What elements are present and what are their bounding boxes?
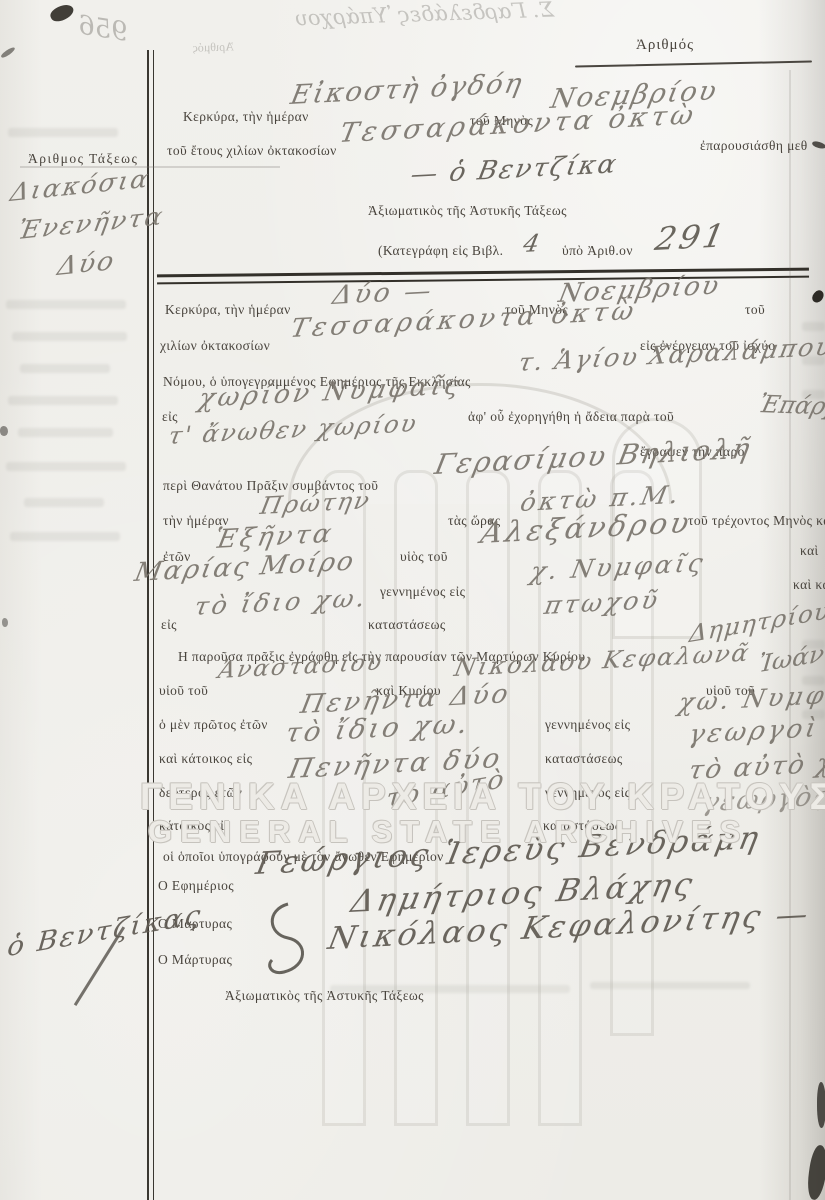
- bleedthrough-stain: [8, 128, 118, 137]
- witness2-signature-label: Ο Μάρτυρας: [158, 952, 232, 968]
- number-label: Ἀριθμός: [636, 37, 694, 54]
- book-edge-shadow: [805, 1144, 825, 1200]
- margin-order-handwritten-2: Ἐνενῆντα: [16, 201, 167, 245]
- death-record-page: Σ. Γαρδελάδες Ὑπάρχου 956 Ἀριθμός Ἀριθμό…: [0, 0, 825, 1200]
- signature-paraph: [258, 900, 314, 978]
- act-first-witness-born-label: γεννημένος εἰς: [545, 717, 630, 733]
- archives-watermark-greek: ΓΕΝΙΚΑ ΑΡΧΕΙΑ ΤΟΥ ΚΡΑΤΟΥΣ: [140, 776, 825, 818]
- act-first-witness-resident-label: καὶ κάτοικος εἰς: [159, 751, 252, 767]
- act-year-label: χιλίων ὀκτακοσίων: [160, 338, 270, 354]
- bleedthrough-stain: [6, 462, 126, 471]
- number-underline: [575, 61, 812, 68]
- bleedthrough-stain: [8, 396, 118, 405]
- act-licence-authority-handwritten: Ἐπάρχου: [756, 390, 825, 422]
- ink-blot: [48, 2, 76, 25]
- margin-order-handwritten-3: Δύο: [55, 246, 118, 282]
- bleedthrough-stain: [10, 532, 120, 541]
- act-witness2-father-handwritten: Ἰωάννη: [758, 634, 825, 678]
- margin-order-label: Ἀριθμος Τάξεως: [28, 151, 138, 167]
- bleedthrough-stain: [802, 322, 825, 331]
- registration-officer-signature: — ὁ Βεντζίκα: [408, 149, 621, 190]
- registration-number-handwritten: 291: [652, 216, 730, 258]
- act-first-witness-age-label: ὁ μὲν πρῶτος ἐτῶν: [159, 717, 268, 733]
- edge-mark: [0, 46, 16, 59]
- act-first-witness-status-label: καταστάσεως: [545, 751, 623, 767]
- edge-mark: [0, 426, 8, 436]
- bleedthrough-stain: [18, 428, 113, 437]
- edge-mark: [810, 288, 825, 304]
- bleedthrough-page-number: 956: [76, 10, 130, 47]
- priest-signature-label: Ο Εφημέριος: [158, 878, 234, 894]
- registration-under-number-label: ὑπὸ Ἀριθ.ον: [562, 243, 633, 259]
- registration-place-day-label: Κερκύρα, τὴν ἡμέραν: [183, 109, 309, 125]
- bleedthrough-top-handwriting: Σ. Γαρδελάδες Ὑπάρχου: [295, 0, 555, 31]
- bleedthrough-stain: [20, 364, 110, 373]
- act-place-day-label: Κερκύρα, τὴν ἡμέραν: [165, 302, 291, 318]
- registration-year-handwritten: Τεσσαράκοντα ὀκτὼ: [337, 100, 700, 149]
- bleedthrough-stain: [24, 498, 104, 507]
- act-son-of-label: υἱὸς τοῦ: [400, 549, 448, 565]
- bleedthrough-stain: [6, 300, 126, 309]
- registration-day-handwritten: Εἰκοστὴ ὀγδόη: [288, 68, 526, 111]
- registration-book-handwritten: 4: [521, 229, 542, 258]
- registration-presented-label: ἐπαρουσιάσθη μεθ: [700, 138, 808, 154]
- act-licence-label: ἀφ' οὗ ἐχορηγήθη ἡ ἄδεια παρὰ τοῦ: [468, 409, 674, 425]
- act-line1-tail: τοῦ: [745, 302, 765, 318]
- act-current-month-label: τοῦ τρέχοντος Μηνὸς καὶ: [688, 513, 825, 529]
- act-line8-tail: καὶ: [800, 543, 819, 559]
- archives-watermark-english: GENERAL STATE ARCHIVES: [148, 814, 748, 850]
- act-resident-at-label: εἰς: [161, 617, 177, 633]
- page-fold-line: [789, 70, 791, 1200]
- edge-mark: [811, 140, 825, 149]
- registration-officer-title: Ἀξιωματικὸς τῆς Ἀστυκῆς Τάξεως: [368, 203, 567, 219]
- act-first-witness-status-handwritten: γεωργοὶ: [686, 713, 822, 750]
- bleedthrough-stain: [12, 332, 127, 341]
- act-born-label: γεννημένος εἰς: [380, 584, 465, 600]
- edge-mark: [2, 618, 8, 627]
- margin-order-handwritten-1: Διακόσια: [8, 164, 153, 207]
- act-status-label: καταστάσεως: [368, 617, 446, 633]
- act-witness1-son-label: υἱοῦ τοῦ: [159, 683, 208, 699]
- bleedthrough-number-label: Ἀριθμός: [193, 39, 234, 55]
- book-edge-shadow: [817, 1082, 825, 1128]
- registration-year-label: τοῦ ἔτους χιλίων ὀκτακοσίων: [167, 143, 337, 159]
- officer-title-label: Ἀξιωματικὸς τῆς Ἀστυκῆς Τάξεως: [225, 988, 424, 1004]
- act-day-handwritten: Δύο —: [330, 276, 437, 311]
- act-line9-tail: καὶ κάτ: [793, 577, 825, 593]
- registration-recorded-label: (Κατεγράφη εἰς Βιβλ.: [378, 243, 503, 259]
